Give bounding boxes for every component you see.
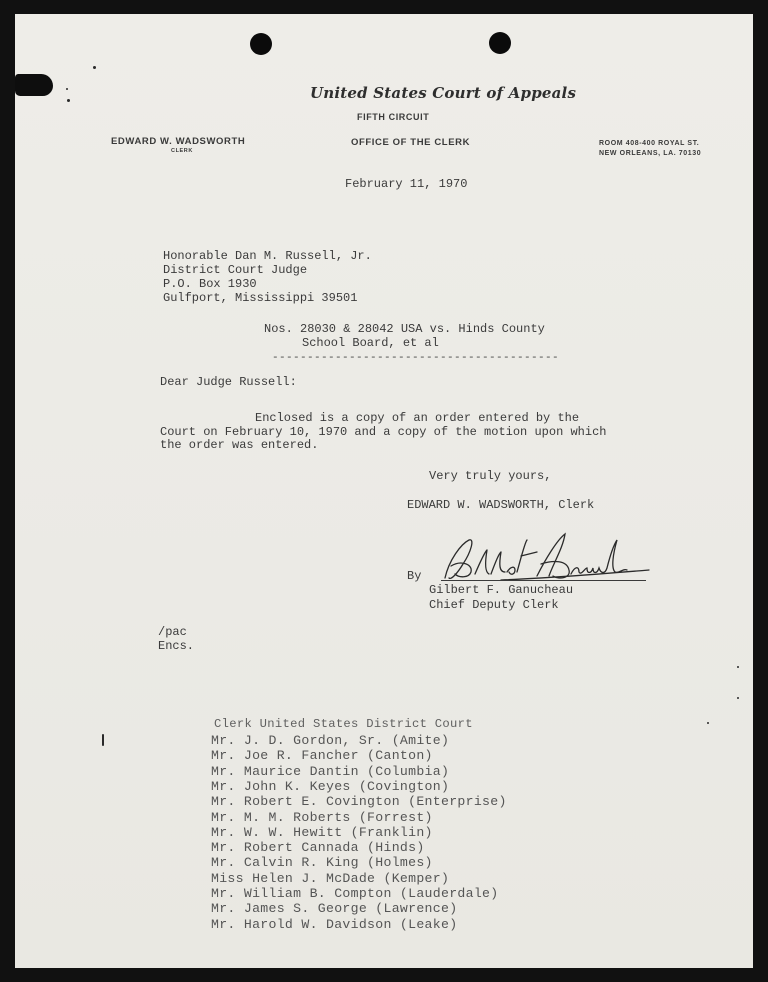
distribution-recipient: Mr. J. D. Gordon, Sr. (Amite): [211, 733, 449, 748]
distribution-recipient: Mr. M. M. Roberts (Forrest): [211, 810, 433, 825]
address-line-1: ROOM 408-400 ROYAL ST.: [599, 140, 699, 147]
speck: [66, 88, 68, 90]
hole-punch-left: [250, 33, 272, 55]
distribution-recipient: Mr. Harold W. Davidson (Leake): [211, 917, 457, 932]
recipient-line: District Court Judge: [163, 264, 307, 277]
speck: [67, 99, 70, 102]
distribution-recipient: Mr. James S. George (Lawrence): [211, 901, 457, 916]
letter-date: February 11, 1970: [345, 178, 467, 191]
signature-line: [441, 580, 646, 581]
enclosures: Encs.: [158, 640, 194, 653]
court-name: United States Court of Appeals: [310, 84, 576, 102]
by-label: By: [407, 570, 421, 583]
distribution-recipient: Miss Helen J. McDade (Kemper): [211, 871, 449, 886]
distribution-recipient: Mr. Robert E. Covington (Enterprise): [211, 794, 507, 809]
reference-initials: /pac: [158, 626, 187, 639]
signer-name: EDWARD W. WADSWORTH, Clerk: [407, 499, 594, 512]
distribution-recipient: Mr. Maurice Dantin (Columbia): [211, 764, 449, 779]
ink-smudge: [15, 74, 53, 96]
speck: [737, 666, 739, 668]
deputy-title: Chief Deputy Clerk: [429, 599, 559, 612]
speck: [707, 722, 709, 724]
letter-page: United States Court of Appeals FIFTH CIR…: [15, 14, 753, 968]
distribution-recipient: Mr. John K. Keyes (Covington): [211, 779, 449, 794]
case-reference-cont: School Board, et al: [302, 337, 439, 350]
office-title: OFFICE OF THE CLERK: [351, 137, 470, 148]
distribution-recipient: Mr. William B. Compton (Lauderdale): [211, 886, 498, 901]
recipient-line: Honorable Dan M. Russell, Jr.: [163, 250, 372, 263]
salutation: Dear Judge Russell:: [160, 376, 297, 389]
distribution-header: Clerk United States District Court: [214, 717, 473, 732]
clerk-title: CLERK: [171, 148, 193, 154]
speck: [93, 66, 96, 69]
circuit: FIFTH CIRCUIT: [357, 112, 429, 122]
case-reference: Nos. 28030 & 28042 USA vs. Hinds County: [264, 323, 545, 336]
distribution-recipient: Mr. Joe R. Fancher (Canton): [211, 748, 433, 763]
hole-punch-right: [489, 32, 511, 54]
distribution-recipient: Mr. Calvin R. King (Holmes): [211, 855, 433, 870]
speck: [102, 734, 104, 746]
clerk-name: EDWARD W. WADSWORTH: [111, 136, 245, 147]
distribution-recipient: Mr. Robert Cannada (Hinds): [211, 840, 425, 855]
complimentary-close: Very truly yours,: [429, 470, 551, 483]
recipient-line: P.O. Box 1930: [163, 278, 257, 291]
handwritten-signature: [441, 530, 651, 586]
body-line: the order was entered.: [160, 439, 318, 452]
body-line: Enclosed is a copy of an order entered b…: [255, 412, 579, 425]
speck: [737, 697, 739, 699]
reference-underline: ----------------------------------------…: [272, 352, 559, 364]
address-line-2: NEW ORLEANS, LA. 70130: [599, 150, 701, 157]
deputy-name: Gilbert F. Ganucheau: [429, 584, 573, 597]
distribution-recipient: Mr. W. W. Hewitt (Franklin): [211, 825, 433, 840]
recipient-line: Gulfport, Mississippi 39501: [163, 292, 357, 305]
